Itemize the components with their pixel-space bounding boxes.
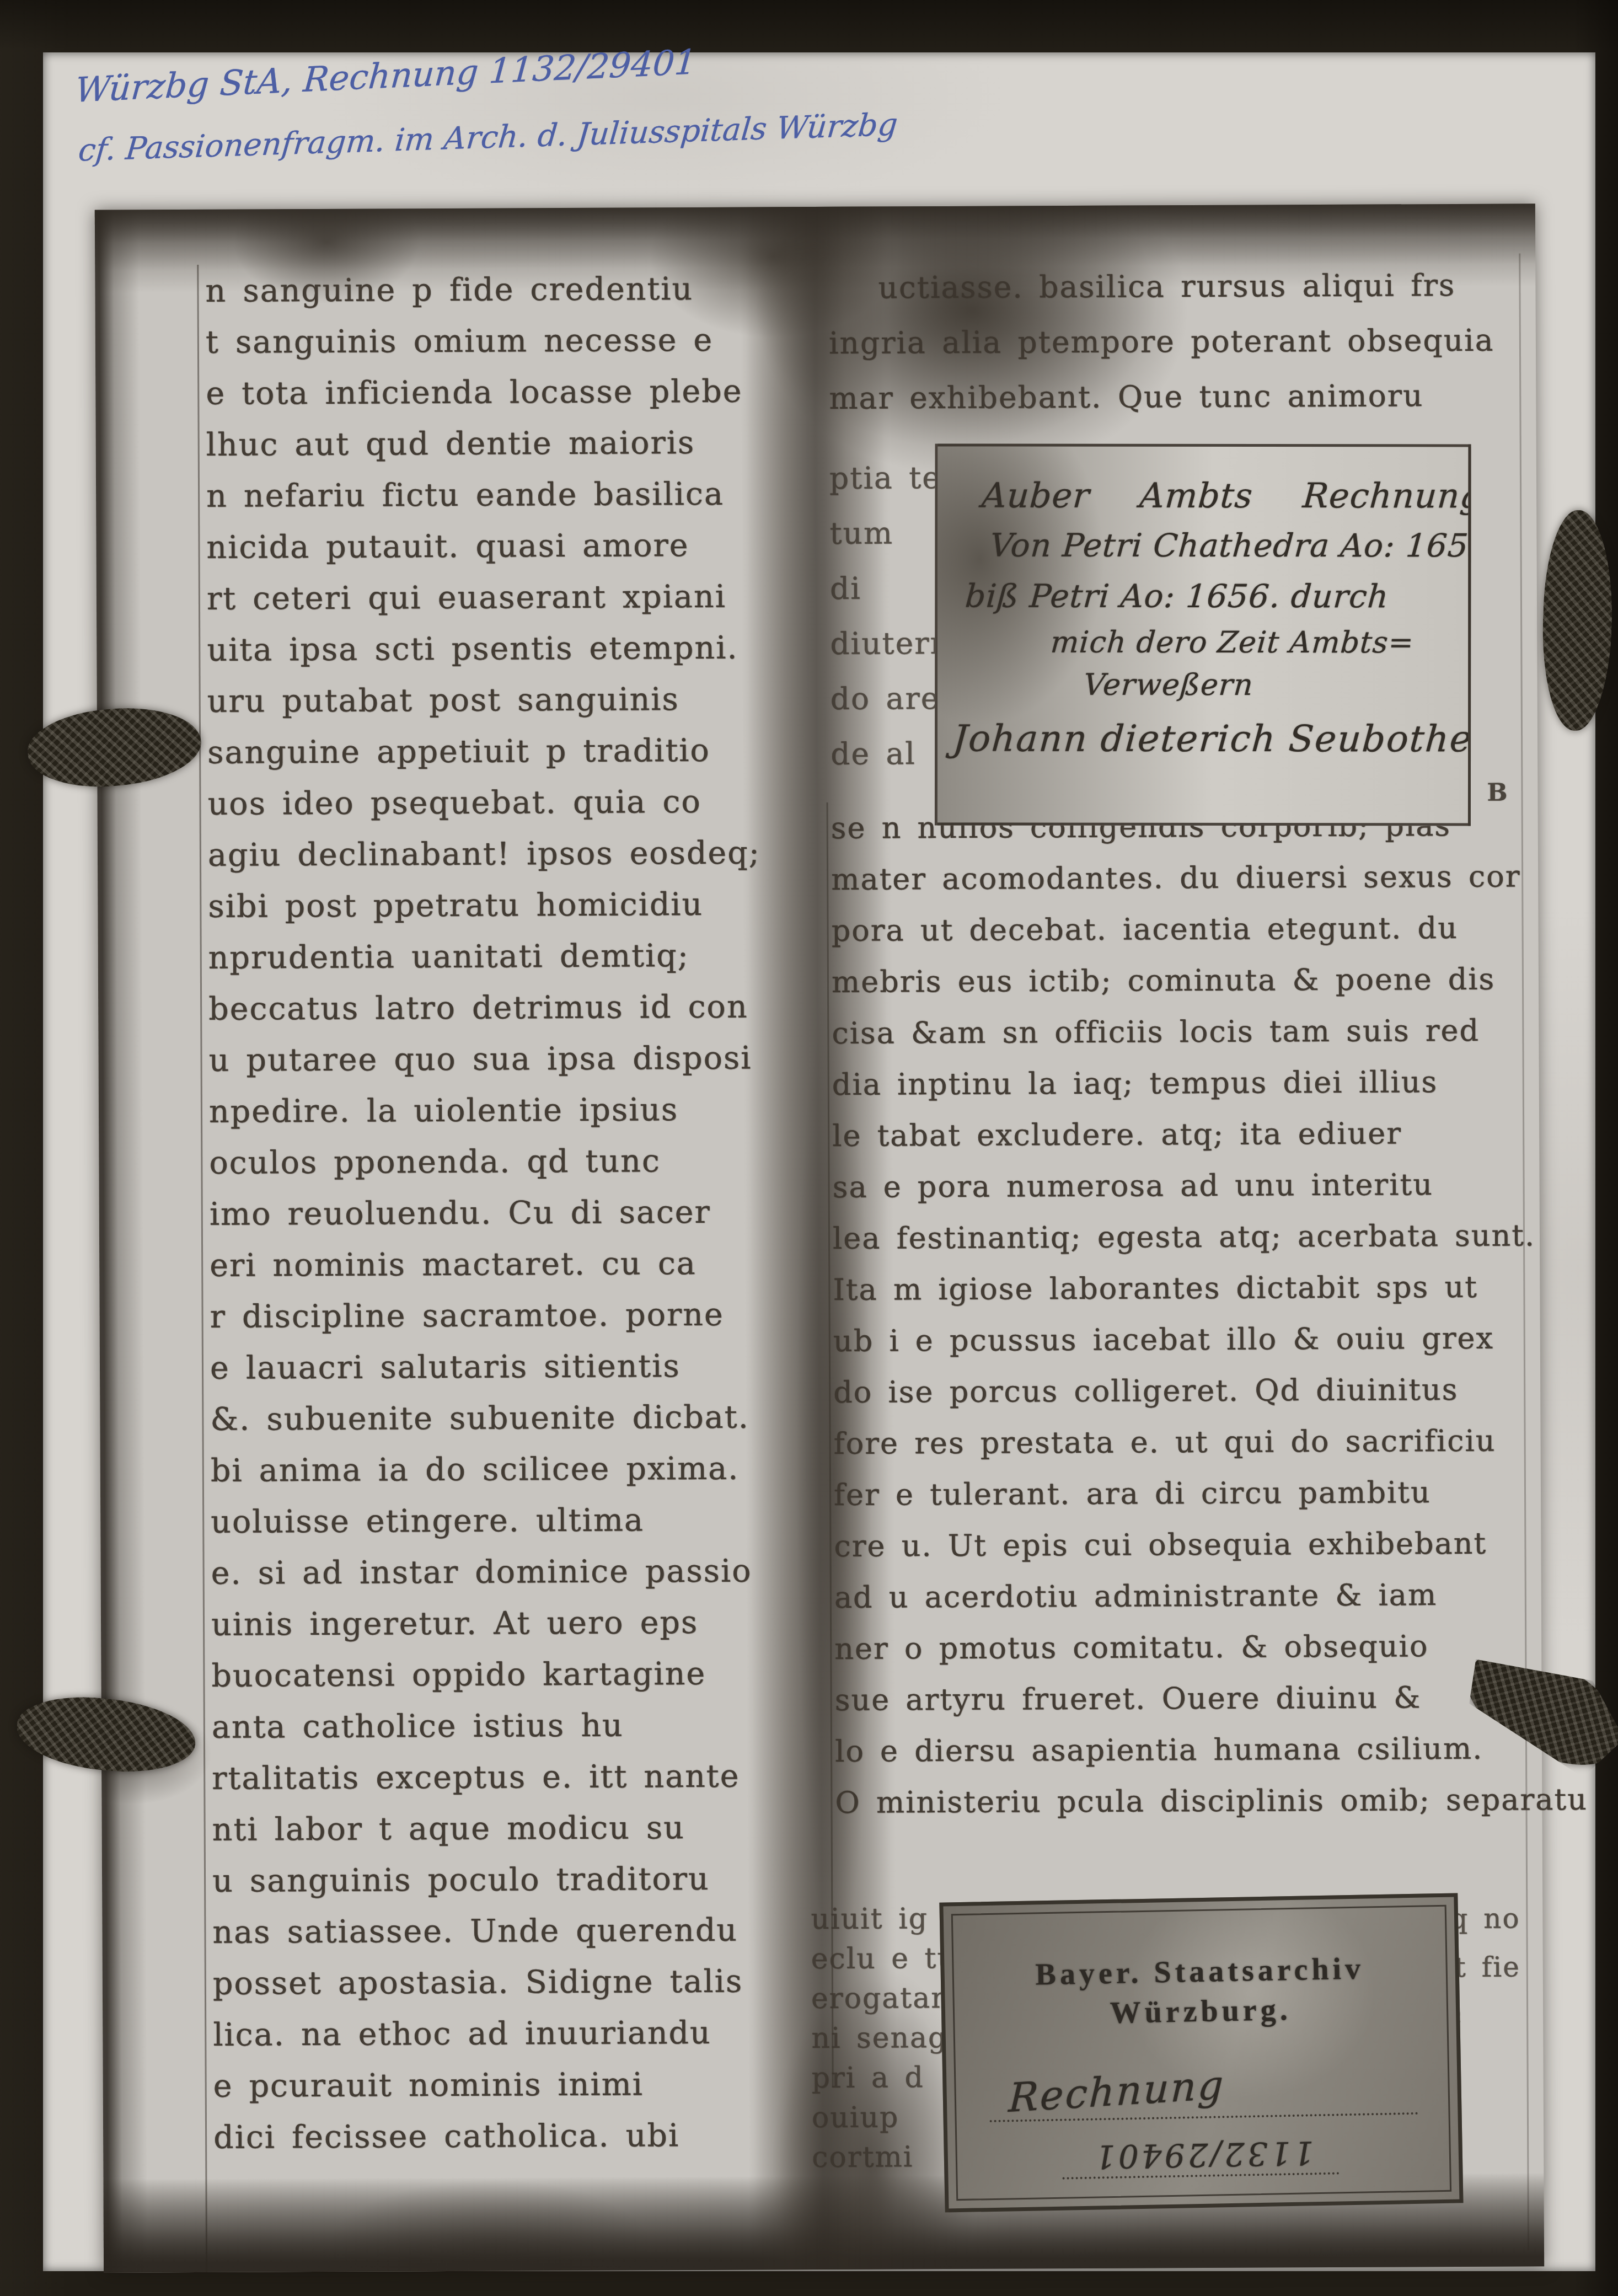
- text-line: imo reuoluendu. Cu di sacer: [210, 1194, 794, 1248]
- archive-stamp-box: Bayer. Staatsarchiv Würzburg. Rechnung 1…: [939, 1893, 1463, 2212]
- text-line: buocatensi oppido kartagine: [211, 1655, 796, 1709]
- text-line: uoluisse etingere. ultima: [211, 1501, 795, 1555]
- text-line: ner o pmotus comitatu. & obsequio: [834, 1628, 1535, 1683]
- ruling-line-left: [197, 265, 207, 2272]
- text-line: mater acomodantes. du diuersi sexus cor: [831, 859, 1531, 913]
- text-line: nti labor t aque modicu su: [212, 1809, 797, 1863]
- text-line: mar exhibebant. Que tunc animoru: [829, 377, 1529, 436]
- text-line: oculos pponenda. qd tunc: [209, 1142, 794, 1196]
- text-line: u putaree quo sua ipsa disposi: [208, 1040, 793, 1094]
- text-line: uinis ingeretur. At uero eps: [211, 1604, 796, 1658]
- stamp-archive-name-line2: Würzburg.: [955, 1989, 1447, 2033]
- text-line: do ise porcus colligeret. Qd diuinitus: [833, 1372, 1534, 1426]
- latin-text-right-column-top: uctiasse. basilica rursus aliqui frsingr…: [828, 267, 1529, 436]
- annotation-cross-reference: cf. Passionenfragm. im Arch. d. Juliussp…: [77, 107, 899, 169]
- text-line: ingria alia ptempore poterant obsequia: [829, 322, 1529, 381]
- text-line: t sanguinis omium necesse e: [206, 322, 790, 376]
- text-line: rt ceteri qui euaserant xpiani: [207, 578, 791, 632]
- text-line: dia inptinu la iaq; tempus diei illius: [832, 1064, 1533, 1118]
- stamp-archive-name-line1: Bayer. Staatsarchiv: [953, 1950, 1446, 1994]
- text-line: sanguine appetiuit p traditio: [207, 732, 792, 786]
- text-line: Ita m igiose laborantes dictabit sps ut: [833, 1269, 1533, 1324]
- text-line: e pcurauit nominis inimi: [213, 2065, 798, 2120]
- text-line: e. si ad instar dominice passio: [211, 1553, 795, 1607]
- text-line: Johann dieterich Seubothen.: [951, 718, 1469, 761]
- text-line: le tabat excludere. atq; ita ediuer: [832, 1115, 1533, 1170]
- text-line: anta catholice istius hu: [212, 1706, 796, 1760]
- folio-mark: B: [1487, 779, 1507, 807]
- archive-photograph-page: Würzbg StA, Rechnung 1132/29401 cf. Pass…: [0, 0, 1618, 2296]
- text-line: lea festinantiq; egesta atq; acerbata su…: [833, 1218, 1533, 1272]
- text-line: dici fecissee catholica. ubi: [213, 2117, 798, 2171]
- text-line: n sanguine p fide credentiu: [205, 270, 790, 324]
- text-line: sue artyru frueret. Ouere diuinu &: [835, 1679, 1535, 1734]
- text-line: cisa &am sn officiis locis tam suis red: [832, 1013, 1532, 1067]
- text-line: sa e pora numerosa ad unu interitu: [832, 1166, 1533, 1221]
- text-line: lica. na ethoc ad inuuriandu: [213, 2014, 797, 2068]
- photocopy-sheet: Würzbg StA, Rechnung 1132/29401 cf. Pass…: [43, 52, 1595, 2271]
- text-line: r discipline sacramtoe. porne: [210, 1296, 794, 1350]
- archive-stamp-inner-border: Bayer. Staatsarchiv Würzburg. Rechnung 1…: [951, 1905, 1451, 2201]
- text-line: n nefariu fictu eande basilica: [206, 475, 791, 529]
- text-line: Verweßern: [1083, 667, 1469, 703]
- text-line: fore res prestata e. ut qui do sacrifici…: [833, 1423, 1534, 1478]
- text-line: mich dero Zeit Ambts=: [1049, 625, 1469, 660]
- text-line: ub i e pcussus iacebat illo & ouiu grex: [833, 1320, 1534, 1375]
- annotation-shelfmark: Würzbg StA, Rechnung 1132/29401: [74, 41, 698, 110]
- latin-text-right-column-body: se n nullos colligendis corporib; piasma…: [831, 807, 1536, 1837]
- text-line: ad u acerdotiu administrante & iam: [834, 1577, 1535, 1631]
- text-line: npedire. la uiolentie ipsius: [209, 1091, 794, 1145]
- text-line: agiu declinabant! ipsos eosdeq;: [208, 834, 792, 889]
- text-line: eri nominis mactaret. cu ca: [210, 1245, 794, 1299]
- text-line: cre u. Ut epis cui obsequia exhibebant: [834, 1526, 1534, 1580]
- text-line: rtalitatis exceptus e. itt nante: [212, 1758, 796, 1812]
- text-line: uita ipsa scti psentis etempni.: [207, 629, 791, 683]
- text-line: Auber Ambts Rechnung: [981, 475, 1470, 516]
- text-line: O ministeriu pcula disciplinis omib; sep…: [835, 1782, 1535, 1837]
- stamp-archive-number-inverted: 1132/29401: [957, 2132, 1449, 2178]
- text-line: posset apostasia. Sidigne talis: [213, 1963, 797, 2017]
- german-inscription-box: Auber Ambts RechnungVon Petri Chathedra …: [935, 444, 1471, 826]
- text-line: u sanguinis poculo traditoru: [212, 1860, 797, 1914]
- text-line: uctiasse. basilica rursus aliqui frs: [828, 267, 1529, 325]
- text-line: beccatus latro detrimus id con: [208, 988, 793, 1042]
- text-line: biß Petri Ao: 1656. durch: [964, 577, 1470, 616]
- text-line: lo e diersu asapientia humana csilium.: [835, 1731, 1535, 1785]
- manuscript-photo: n sanguine p fide credentiut sanguinis o…: [95, 204, 1544, 2272]
- text-line: mebris eus ictib; cominuta & poene dis: [832, 961, 1532, 1016]
- text-line: uru putabat post sanguinis: [207, 681, 792, 735]
- text-line: nprudentia uanitati demtiq;: [208, 937, 793, 991]
- text-line: nas satiassee. Unde querendu: [212, 1912, 797, 1966]
- text-line: uos ideo psequebat. quia co: [207, 783, 792, 837]
- text-line: sibi post ppetratu homicidiu: [208, 886, 792, 940]
- text-line: bi anima ia do scilicee pxima.: [211, 1450, 795, 1504]
- text-line: &. subuenite subuenite dicbat.: [210, 1399, 795, 1453]
- stamp-handwritten-label: Rechnung: [1008, 2061, 1226, 2121]
- text-line: Von Petri Chathedra Ao: 1655.: [989, 527, 1470, 565]
- text-line: lhuc aut qud dentie maioris: [206, 424, 791, 478]
- text-line: e tota inficienda locasse plebe: [206, 373, 790, 427]
- text-line: fer e tulerant. ara di circu pambitu: [834, 1474, 1534, 1529]
- text-line: nicida putauit. quasi amore: [206, 527, 791, 581]
- text-line: pora ut decebat. iacentia etegunt. du: [831, 910, 1531, 965]
- latin-text-left-column: n sanguine p fide credentiut sanguinis o…: [205, 270, 798, 2171]
- text-line: e lauacri salutaris sitientis: [210, 1347, 795, 1401]
